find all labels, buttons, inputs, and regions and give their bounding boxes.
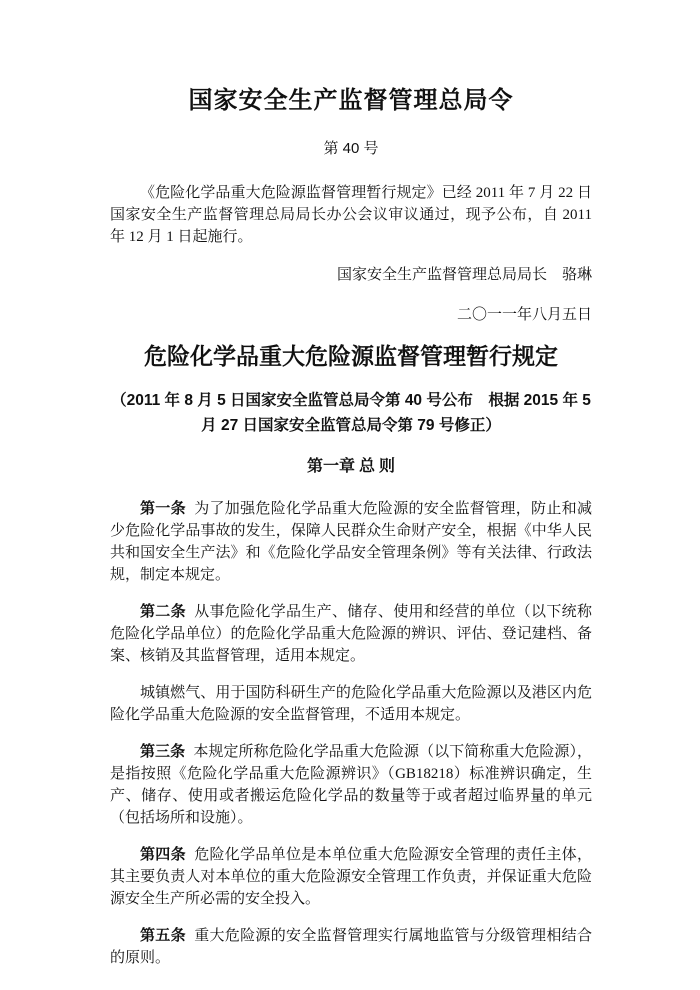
article-paragraph-1: 第一条为了加强危险化学品重大危险源的安全监督管理，防止和减少危险化学品事故的发生… bbox=[110, 498, 592, 586]
article-1-label: 第一条 bbox=[140, 501, 186, 517]
article-paragraph-5: 第五条重大危险源的安全监督管理实行属地监管与分级管理相结合的原则。 bbox=[110, 925, 592, 969]
date-line: 二〇一一年八月五日 bbox=[110, 304, 592, 326]
order-title: 国家安全生产监督管理总局令 bbox=[110, 86, 592, 116]
article-paragraph-4: 第四条危险化学品单位是本单位重大危险源安全管理的责任主体，其主要负责人对本单位的… bbox=[110, 844, 592, 910]
signer-line: 国家安全生产监督管理总局局长 骆琳 bbox=[110, 264, 592, 286]
article-3-label: 第三条 bbox=[140, 744, 185, 760]
article-5-label: 第五条 bbox=[140, 928, 186, 944]
article-paragraph-2: 第二条从事危险化学品生产、储存、使用和经营的单位（以下统称危险化学品单位）的危险… bbox=[110, 601, 592, 667]
article-paragraph-3: 第三条本规定所称危险化学品重大危险源（以下简称重大危险源），是指按照《危险化学品… bbox=[110, 741, 592, 829]
article-2-clause-2-text: 城镇燃气、用于国防科研生产的危险化学品重大危险源以及港区内危险化学品重大危险源的… bbox=[110, 685, 592, 723]
chapter-heading: 第一章 总 则 bbox=[110, 456, 592, 478]
order-number: 第 40 号 bbox=[110, 140, 592, 158]
revision-note: （2011 年 8 月 5 日国家安全监管总局令第 40 号公布 根据 2015… bbox=[110, 388, 592, 438]
regulation-title: 危险化学品重大危险源监督管理暂行规定 bbox=[110, 342, 592, 372]
preamble-paragraph: 《危险化学品重大危险源监督管理暂行规定》已经 2011 年 7 月 22 日国家… bbox=[110, 182, 592, 248]
article-4-label: 第四条 bbox=[140, 847, 186, 863]
article-paragraph-2-clause-2: 城镇燃气、用于国防科研生产的危险化学品重大危险源以及港区内危险化学品重大危险源的… bbox=[110, 682, 592, 726]
document-page: 国家安全生产监督管理总局令 第 40 号 《危险化学品重大危险源监督管理暂行规定… bbox=[0, 0, 700, 990]
article-2-label: 第二条 bbox=[140, 604, 186, 620]
articles-section: 第一条为了加强危险化学品重大危险源的安全监督管理，防止和减少危险化学品事故的发生… bbox=[110, 498, 592, 969]
